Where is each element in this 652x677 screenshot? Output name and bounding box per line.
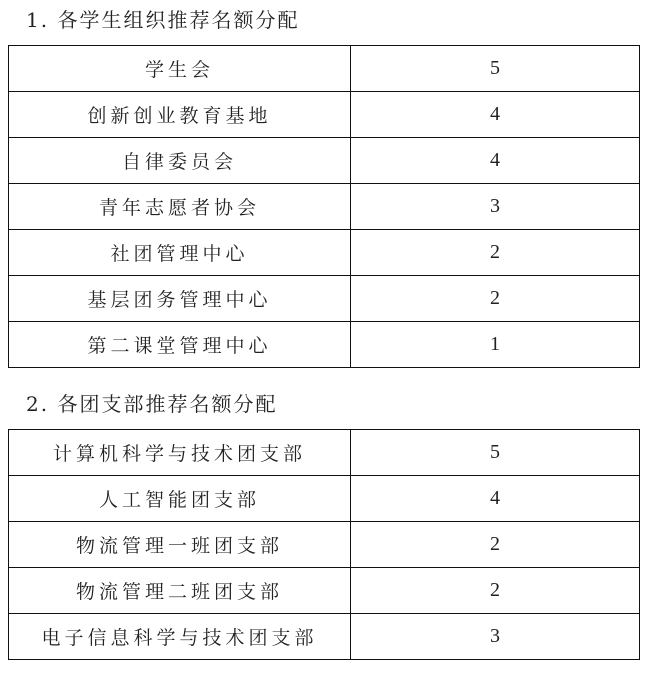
- quota-value: 3: [351, 184, 640, 230]
- quota-value: 5: [351, 46, 640, 92]
- org-name: 基层团务管理中心: [9, 276, 351, 322]
- org-name: 创新创业教育基地: [9, 92, 351, 138]
- quota-value: 5: [351, 430, 640, 476]
- table-row: 人工智能团支部4: [9, 476, 640, 522]
- branch-name: 计算机科学与技术团支部: [9, 430, 351, 476]
- org-name: 社团管理中心: [9, 230, 351, 276]
- branch-quota-table: 计算机科学与技术团支部5 人工智能团支部4 物流管理一班团支部2 物流管理二班团…: [8, 429, 640, 660]
- quota-value: 4: [351, 92, 640, 138]
- table-row: 物流管理二班团支部2: [9, 568, 640, 614]
- table-row: 自律委员会4: [9, 138, 640, 184]
- quota-value: 2: [351, 276, 640, 322]
- org-name: 第二课堂管理中心: [9, 322, 351, 368]
- section2-title: 2. 各团支部推荐名额分配: [26, 392, 277, 416]
- section1-title: 1. 各学生组织推荐名额分配: [26, 8, 299, 32]
- table-row: 基层团务管理中心2: [9, 276, 640, 322]
- quota-value: 3: [351, 614, 640, 660]
- quota-value: 1: [351, 322, 640, 368]
- branch-name: 物流管理二班团支部: [9, 568, 351, 614]
- branch-name: 物流管理一班团支部: [9, 522, 351, 568]
- student-org-quota-table: 学生会5 创新创业教育基地4 自律委员会4 青年志愿者协会3 社团管理中心2 基…: [8, 45, 640, 368]
- branch-name: 人工智能团支部: [9, 476, 351, 522]
- table-row: 第二课堂管理中心1: [9, 322, 640, 368]
- org-name: 自律委员会: [9, 138, 351, 184]
- org-name: 学生会: [9, 46, 351, 92]
- quota-value: 2: [351, 568, 640, 614]
- quota-value: 4: [351, 138, 640, 184]
- table-row: 计算机科学与技术团支部5: [9, 430, 640, 476]
- quota-value: 2: [351, 522, 640, 568]
- org-name: 青年志愿者协会: [9, 184, 351, 230]
- table-row: 学生会5: [9, 46, 640, 92]
- table-row: 社团管理中心2: [9, 230, 640, 276]
- table-row: 青年志愿者协会3: [9, 184, 640, 230]
- table-row: 创新创业教育基地4: [9, 92, 640, 138]
- quota-value: 4: [351, 476, 640, 522]
- branch-name: 电子信息科学与技术团支部: [9, 614, 351, 660]
- table-row: 物流管理一班团支部2: [9, 522, 640, 568]
- table-row: 电子信息科学与技术团支部3: [9, 614, 640, 660]
- quota-value: 2: [351, 230, 640, 276]
